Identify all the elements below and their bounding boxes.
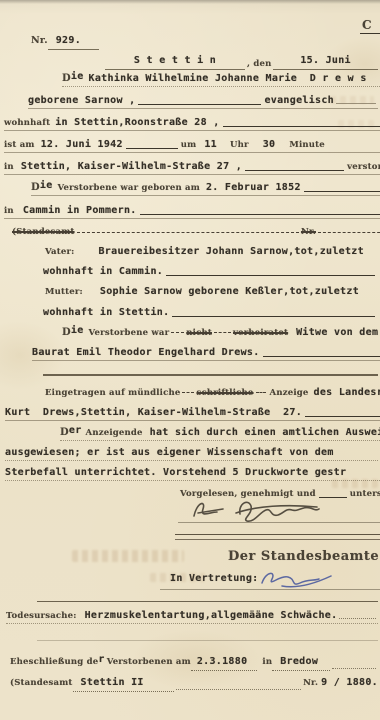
- death-place-row: in Stettin, Kaiser-Wilhelm-Straße 27 , v…: [4, 161, 380, 175]
- identification-text-3: Sterbefall unterrichtet. Vorstehend 5 Dr…: [5, 467, 346, 478]
- marriage-date-field: 2.3.1880: [191, 651, 258, 671]
- registry-office-field: Stettin II: [73, 672, 174, 692]
- death-time-row: ist am 12. Juni 1942 um 11 Uhr 30 Minute: [4, 139, 380, 153]
- identification-row-3: Sterbefall unterrichtet. Vorstehend 5 Dr…: [5, 467, 380, 481]
- birth-place-row: in Cammin in Pommern.: [4, 205, 380, 219]
- deputy-underline: [160, 589, 380, 590]
- blank-line: [245, 170, 344, 171]
- widow-of-value: Baurat Emil Theodor Engelhard Drews.: [32, 347, 260, 358]
- deceased-name: Kathinka Wilhelmine Johanne Marie D r e …: [89, 73, 367, 84]
- standesamt-label: (Standesamt: [10, 678, 73, 688]
- dotted-line: [176, 689, 301, 690]
- dotted-line: [332, 668, 376, 669]
- blank-line: [263, 356, 380, 357]
- marriage-row: Eheschließung de r Verstorbenen am 2.3.1…: [10, 651, 378, 671]
- residence-value: in Stettin,Roonstraße 28 ,: [55, 117, 219, 128]
- record-number-field: 929.: [48, 30, 99, 50]
- birth-date-value: 2. Februar 1852: [206, 182, 301, 193]
- date-field: 15. Juni: [273, 50, 377, 70]
- date-value: 15. Juni: [300, 55, 351, 66]
- blank-line: [304, 191, 380, 192]
- registered-on-label: Eingetragen auf mündliche: [45, 388, 180, 398]
- marriage-label-2: Verstorbenen am: [107, 657, 191, 667]
- died-on-label: ist am: [4, 140, 35, 150]
- report-type-row: Eingetragen auf mündliche schriftliche A…: [45, 387, 375, 398]
- report-by-value: des Landesrats: [314, 387, 380, 398]
- birth-date-row: D ie Verstorbene war geboren am 2. Febru…: [31, 182, 380, 196]
- registrar-title: Der Standesbeamte: [228, 549, 379, 564]
- death-place-value: Stettin, Kaiser-Wilhelm-Straße 27 ,: [21, 161, 242, 172]
- birth-place-value: Cammin in Pommern.: [23, 205, 137, 216]
- marriage-place-field: Bredow: [272, 651, 330, 671]
- article-printed: D: [62, 327, 71, 338]
- marriage-label-1: Eheschließung de: [10, 657, 98, 667]
- deceased-name-row: D ie Kathinka Wilhelmine Johanne Marie D…: [62, 73, 380, 87]
- verstorben-label: verstorbe: [347, 162, 380, 172]
- nicht-struck: nicht: [186, 328, 212, 338]
- blank-line: [126, 148, 178, 149]
- in-label: in: [4, 162, 14, 172]
- standesamt-struck-label: (Standesamt: [12, 227, 75, 237]
- mother-value: Sophie Sarnow geborene Keßler,tot,zuletz…: [100, 286, 359, 297]
- blank-line: [138, 104, 261, 105]
- strike-dash-line: [182, 392, 194, 393]
- article-printed: D: [62, 73, 71, 84]
- nr-struck-label: Nr.: [301, 227, 316, 237]
- informant-row: Kurt Drews,Stettin, Kaiser-Wilhelm-Straß…: [5, 407, 380, 421]
- born-on-label: Verstorbene war geboren am: [58, 183, 200, 193]
- identification-row-2: ausgewiesen; er ist aus eigener Wissensc…: [5, 447, 378, 461]
- nee-value: geborene Sarnow ,: [28, 95, 135, 106]
- father-row: Vater: Brauereibesitzer Johann Sarnow,to…: [45, 246, 380, 257]
- marital-status-row: D ie Verstorbene war nicht verheiratet W…: [62, 327, 380, 338]
- strike-dash-line: [214, 332, 231, 333]
- um-label: um: [181, 140, 197, 150]
- mother-label: Mutter:: [45, 287, 83, 297]
- cause-value: Herzmuskelentartung,allgemääne Schwäche.: [85, 610, 338, 621]
- anzeigende-label: Anzeigende: [86, 428, 143, 438]
- strike-dash-line: [171, 332, 184, 333]
- widow-of-row: Baurat Emil Theodor Engelhard Drews.: [32, 347, 380, 361]
- was-label: Verstorbene war: [89, 328, 170, 338]
- nee-religion-row: geborene Sarnow , evangelisch: [28, 95, 378, 109]
- cause-of-death-row: Todesursache: Herzmuskelentartung,allgem…: [6, 610, 378, 624]
- record-number-value: 929.: [56, 35, 81, 46]
- residence-label: wohnhaft: [4, 118, 50, 128]
- marriage-registry-row: (Standesamt Stettin II Nr. 9 / 1880.: [10, 672, 378, 692]
- article-typed: er: [69, 425, 82, 436]
- religion-value: evangelisch: [264, 95, 334, 106]
- article-typed: ie: [71, 325, 84, 336]
- identification-text-1: hat sich durch einen amtlichen Auswei: [150, 427, 380, 438]
- article-printed: D: [60, 427, 69, 438]
- cause-section-rule: [37, 601, 378, 602]
- place-value: S t e t t i n: [134, 55, 216, 66]
- mother-residence-row: wohnhaft in Stettin.: [43, 307, 378, 318]
- place-field: S t e t t i n: [105, 50, 245, 70]
- strike-dash-line: [256, 392, 266, 393]
- minuten-label: Minute: [289, 140, 325, 150]
- record-number-label: Nr.: [31, 35, 48, 46]
- verheiratet-struck: verheiratet: [233, 328, 288, 338]
- uhr-label: Uhr: [230, 140, 249, 150]
- unterschrieben-label: unterschriebe: [350, 489, 380, 499]
- minute-value: 30: [263, 139, 276, 150]
- corner-letter: C: [360, 18, 380, 34]
- handwritten-ink-signature-icon: [186, 496, 326, 524]
- blank-line: [140, 214, 380, 215]
- hour-value: 11: [204, 139, 217, 150]
- father-residence-row: wohnhaft in Cammin.: [43, 266, 378, 277]
- double-rule: [175, 534, 380, 540]
- marital-status-value: Witwe von dem Gehei: [296, 327, 380, 338]
- corner-letter-text: C: [360, 18, 380, 34]
- anzeige-label: Anzeige: [270, 388, 309, 398]
- death-record-scan: C Nr. 929. S t e t t i n , den 15. Juni …: [0, 0, 380, 720]
- registrar-title-row: Der Standesbeamte: [228, 549, 379, 564]
- faint-rule: [37, 640, 378, 641]
- identification-text-2: ausgewiesen; er ist aus eigener Wissensc…: [5, 447, 334, 458]
- blank-line: [166, 275, 375, 276]
- article-typed: ie: [40, 180, 53, 191]
- schriftliche-struck: schriftliche: [196, 388, 253, 398]
- registry-office-value: Stettin II: [81, 677, 144, 688]
- blank-line: [223, 126, 380, 127]
- signature-underline: [178, 522, 380, 523]
- informant-value: Kurt Drews,Stettin, Kaiser-Wilhelm-Straß…: [5, 407, 302, 418]
- dotted-line: [339, 618, 376, 619]
- dateline-row: S t e t t i n , den 15. Juni 19: [105, 50, 380, 70]
- registry-nr-value: 9 / 1880.: [321, 677, 378, 688]
- struck-registry-row: (Standesamt Nr.: [12, 227, 380, 237]
- residence-row: wohnhaft in Stettin,Roonstraße 28 ,: [4, 117, 380, 131]
- death-date-value: 12. Juni 1942: [41, 139, 123, 150]
- den-label: , den: [247, 59, 271, 69]
- rule-segment: [336, 103, 376, 104]
- identification-row-1: D er Anzeigende hat sich durch einen amt…: [60, 427, 380, 441]
- in-label: in: [4, 206, 14, 216]
- mother-row: Mutter: Sophie Sarnow geborene Keßler,to…: [45, 286, 380, 297]
- marriage-date-value: 2.3.1880: [197, 656, 248, 667]
- marriage-gender-typed: r: [98, 654, 104, 665]
- informant-signature: [186, 496, 326, 524]
- blank-line: [305, 416, 380, 417]
- father-value: Brauereibesitzer Johann Sarnow,tot,zulet…: [98, 246, 363, 257]
- mother-residence-value: wohnhaft in Stettin.: [43, 307, 169, 318]
- article-typed: ie: [71, 71, 84, 82]
- father-label: Vater:: [45, 247, 74, 257]
- blank-line: [172, 316, 375, 317]
- strike-dash-line: [318, 232, 380, 233]
- strike-dash-line: [77, 232, 299, 233]
- bleed-through-ghost: [72, 550, 184, 562]
- deputy-label: In Vertretung:: [170, 573, 259, 584]
- registry-nr-label: Nr.: [303, 678, 318, 688]
- record-number-row: Nr. 929.: [31, 30, 99, 50]
- section-divider-rule: [43, 374, 378, 376]
- father-residence-value: wohnhaft in Cammin.: [43, 266, 163, 277]
- marriage-in-label: in: [262, 657, 272, 667]
- cause-label: Todesursache:: [6, 611, 77, 621]
- marriage-place-value: Bredow: [280, 656, 318, 667]
- article-printed: D: [31, 182, 40, 193]
- deputy-row: In Vertretung:: [170, 573, 259, 584]
